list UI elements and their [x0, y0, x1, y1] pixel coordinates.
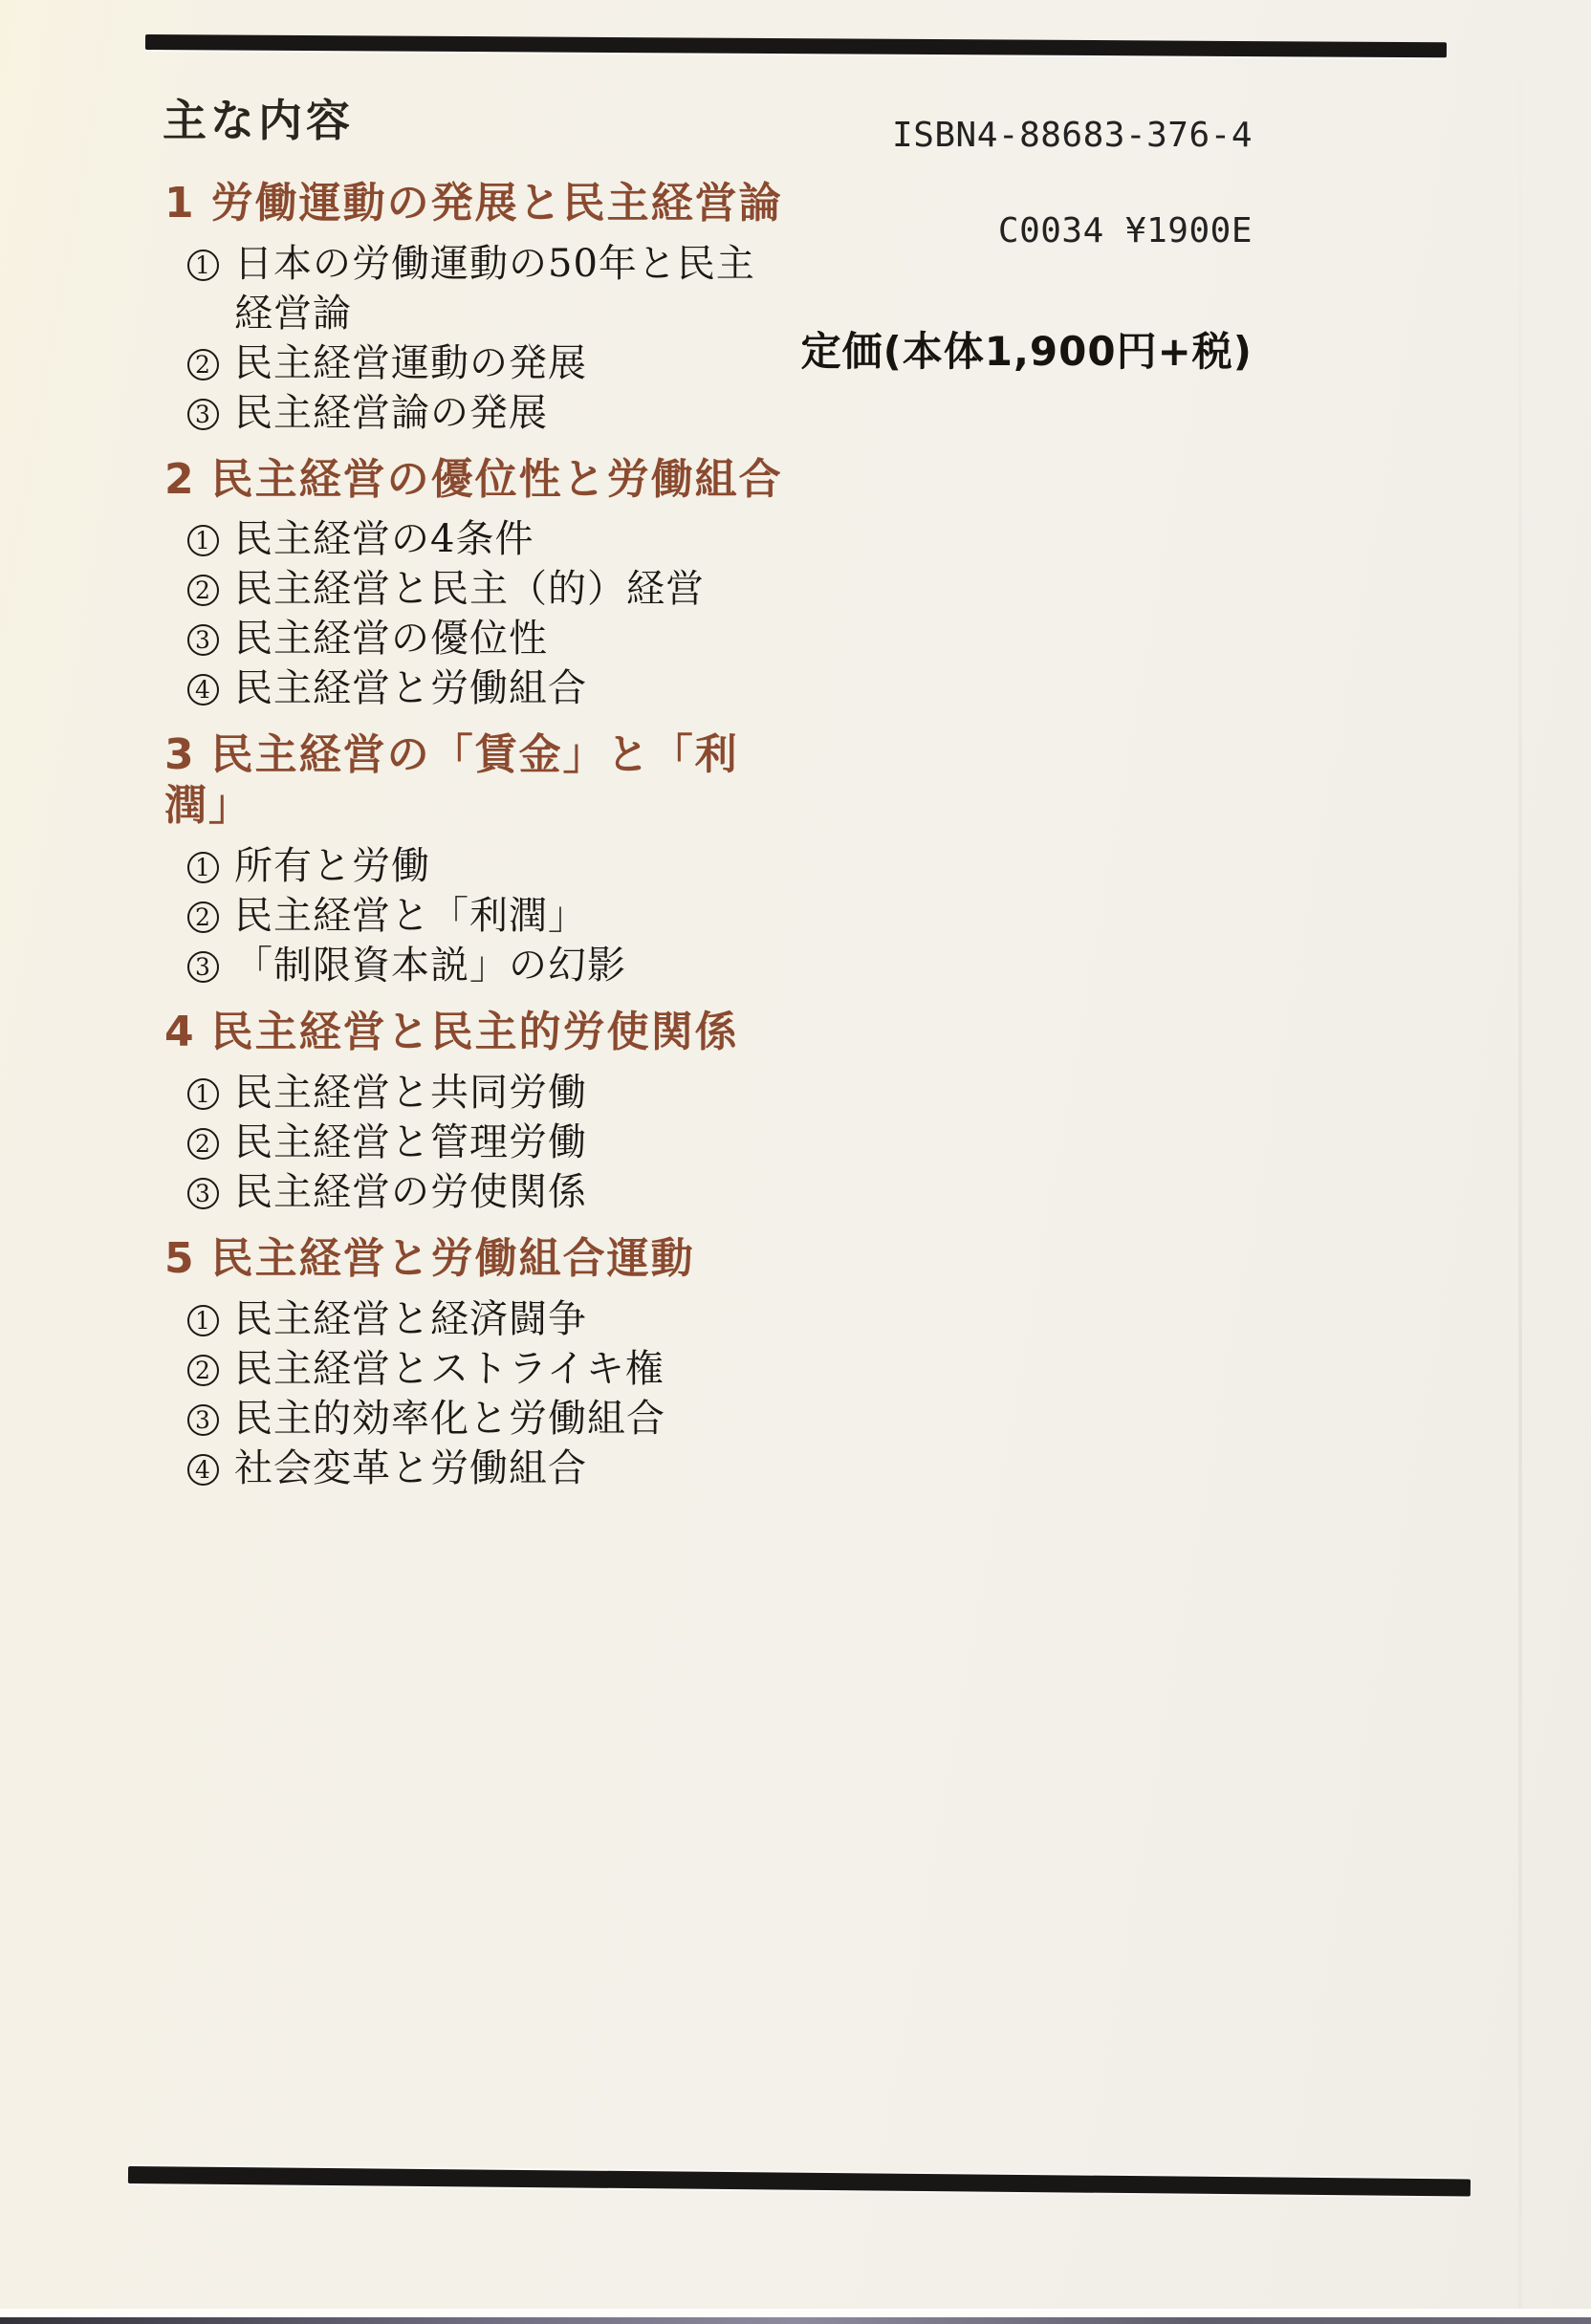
toc-item-text: 民主経営運動の発展 [234, 341, 587, 385]
contents-heading: 主な内容 [163, 96, 794, 146]
book-back-cover: 主な内容 1労働運動の発展と民主経営論 1日本の労働運動の50年と民主経営論 2… [0, 0, 1591, 2324]
section-heading: 3民主経営の「賃金」と「利潤」 [164, 730, 794, 832]
toc-item-text: 民主経営と民主（的）経営 [234, 567, 705, 611]
section-heading: 1労働運動の発展と民主経営論 [164, 179, 794, 229]
section-heading: 5民主経営と労働組合運動 [164, 1234, 794, 1285]
circled-number-icon: 1 [187, 1305, 219, 1336]
publication-info: ISBN4-88683-376-4 C0034 ¥1900E 定価(本体1,90… [801, 115, 1253, 375]
toc-item: 1日本の労働運動の50年と民主経営論 [187, 239, 761, 338]
circled-number-icon: 2 [187, 901, 219, 933]
table-of-contents: 主な内容 1労働運動の発展と民主経営論 1日本の労働運動の50年と民主経営論 2… [163, 96, 794, 1510]
circled-number-icon: 3 [187, 399, 219, 430]
isbn-code: ISBN4-88683-376-4 [801, 115, 1253, 157]
toc-item: 1民主経営の4条件 [187, 514, 761, 564]
toc-item-text: 民主経営と労働組合 [234, 666, 587, 710]
toc-item: 3民主経営論の発展 [187, 388, 761, 438]
toc-item-text: 民主経営とストライキ権 [234, 1347, 665, 1391]
classification-price-code: C0034 ¥1900E [801, 210, 1253, 252]
circled-number-icon: 3 [187, 624, 219, 656]
section-items: 1所有と労働 2民主経営と「利潤」 3「制限資本説」の幻影 [187, 841, 761, 990]
circled-number-icon: 2 [187, 575, 219, 606]
circled-number-icon: 3 [187, 1404, 219, 1436]
toc-item: 2民主経営と民主（的）経営 [187, 564, 761, 614]
toc-item: 3民主経営の労使関係 [187, 1167, 761, 1217]
bottom-rule [128, 2166, 1471, 2196]
section-title: 民主経営と労働組合運動 [211, 1234, 695, 1283]
section-title: 民主経営と民主的労使関係 [211, 1008, 739, 1056]
toc-item: 2民主経営と管理労働 [187, 1118, 761, 1167]
toc-item-text: 民主経営と共同労働 [234, 1071, 587, 1115]
cover-crease [1518, 0, 1522, 2324]
circled-number-icon: 1 [187, 250, 219, 281]
page-edge-highlight [0, 2309, 1591, 2317]
section-title: 民主経営の優位性と労働組合 [211, 455, 783, 504]
toc-item-text: 「制限資本説」の幻影 [234, 944, 626, 988]
toc-item-text: 民主経営の労使関係 [234, 1170, 587, 1214]
section-title: 労働運動の発展と民主経営論 [211, 179, 783, 228]
toc-item: 3民主的効率化と労働組合 [187, 1394, 761, 1444]
toc-section-3: 3民主経営の「賃金」と「利潤」 1所有と労働 2民主経営と「利潤」 3「制限資本… [163, 730, 794, 990]
section-items: 1日本の労働運動の50年と民主経営論 2民主経営運動の発展 3民主経営論の発展 [187, 239, 761, 438]
section-number: 4 [164, 1008, 196, 1056]
toc-item: 3民主経営の優位性 [187, 614, 761, 663]
toc-item-text: 民主経営の優位性 [234, 617, 548, 661]
toc-item-text: 民主経営と経済闘争 [234, 1297, 587, 1341]
toc-item-text: 所有と労働 [234, 844, 430, 888]
section-number: 5 [164, 1234, 196, 1283]
toc-item: 2民主経営とストライキ権 [187, 1344, 761, 1394]
circled-number-icon: 4 [187, 674, 219, 706]
toc-section-4: 4民主経営と民主的労使関係 1民主経営と共同労働 2民主経営と管理労働 3民主経… [163, 1008, 794, 1217]
circled-number-icon: 3 [187, 1178, 219, 1209]
circled-number-icon: 1 [187, 1078, 219, 1110]
section-number: 2 [164, 455, 196, 504]
toc-item-text: 民主的効率化と労働組合 [234, 1397, 665, 1441]
top-rule [145, 34, 1447, 57]
price-label: 定価(本体1,900円+税) [801, 329, 1253, 375]
section-heading: 2民主経営の優位性と労働組合 [164, 455, 794, 506]
toc-item: 2民主経営運動の発展 [187, 338, 761, 388]
section-number: 1 [164, 179, 196, 228]
toc-item: 1所有と労働 [187, 841, 761, 891]
page-edge-shadow [0, 2317, 1591, 2324]
toc-item-text: 民主経営と管理労働 [234, 1120, 587, 1164]
toc-item-text: 日本の労働運動の50年と民主経営論 [234, 242, 755, 336]
toc-item-text: 社会変革と労働組合 [234, 1446, 587, 1490]
toc-item: 4社会変革と労働組合 [187, 1444, 761, 1493]
toc-item-text: 民主経営の4条件 [234, 517, 534, 561]
circled-number-icon: 1 [187, 852, 219, 883]
circled-number-icon: 2 [187, 1355, 219, 1386]
section-items: 1民主経営と経済闘争 2民主経営とストライキ権 3民主的効率化と労働組合 4社会… [187, 1294, 761, 1493]
circled-number-icon: 2 [187, 349, 219, 380]
circled-number-icon: 1 [187, 525, 219, 556]
section-heading: 4民主経営と民主的労使関係 [164, 1008, 794, 1058]
section-title: 民主経営の「賃金」と「利潤」 [164, 730, 739, 830]
toc-item: 1民主経営と共同労働 [187, 1068, 761, 1118]
circled-number-icon: 3 [187, 951, 219, 983]
toc-item: 3「制限資本説」の幻影 [187, 941, 761, 990]
circled-number-icon: 4 [187, 1454, 219, 1486]
toc-section-1: 1労働運動の発展と民主経営論 1日本の労働運動の50年と民主経営論 2民主経営運… [163, 179, 794, 438]
toc-item: 4民主経営と労働組合 [187, 663, 761, 713]
toc-item-text: 民主経営論の発展 [234, 391, 548, 435]
section-items: 1民主経営の4条件 2民主経営と民主（的）経営 3民主経営の優位性 4民主経営と… [187, 514, 761, 713]
toc-item: 1民主経営と経済闘争 [187, 1294, 761, 1344]
section-number: 3 [164, 730, 196, 779]
toc-section-5: 5民主経営と労働組合運動 1民主経営と経済闘争 2民主経営とストライキ権 3民主… [163, 1234, 794, 1493]
toc-item-text: 民主経営と「利潤」 [234, 894, 587, 938]
section-items: 1民主経営と共同労働 2民主経営と管理労働 3民主経営の労使関係 [187, 1068, 761, 1217]
toc-section-2: 2民主経営の優位性と労働組合 1民主経営の4条件 2民主経営と民主（的）経営 3… [163, 455, 794, 714]
circled-number-icon: 2 [187, 1128, 219, 1160]
toc-item: 2民主経営と「利潤」 [187, 891, 761, 941]
